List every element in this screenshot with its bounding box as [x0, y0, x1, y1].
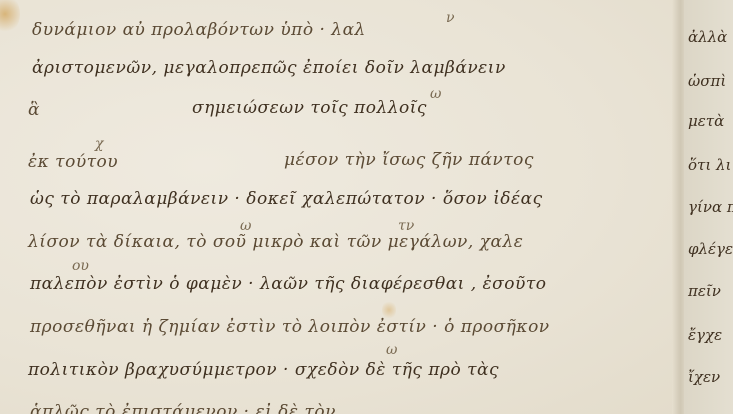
interlinear-mark: ν: [446, 10, 455, 26]
text-line-2: ἀριστομενῶν, μεγαλοπρεπῶς ἐποίει δοῖν λα…: [32, 58, 506, 78]
facing-line: ὡσπὶ: [688, 72, 726, 90]
facing-line: ἀλλὰ: [688, 28, 727, 46]
facing-line: ὅτι λι: [688, 156, 731, 174]
facing-line: ἴχεν: [688, 368, 720, 386]
facing-page: ἀλλὰ ὡσπὶ μετὰ ὅτι λι γίνα π φλέγε πεῖν …: [684, 0, 733, 414]
text-line-5: ὡς τὸ παραλαμβάνειν · δοκεῖ χαλεπώτατον …: [30, 189, 543, 209]
ink-stain: [0, 0, 20, 34]
facing-line: γίνα π: [688, 198, 733, 216]
interlinear-mark: χ: [95, 136, 103, 152]
interlinear-mark: ω: [430, 86, 441, 102]
facing-line: φλέγε: [688, 240, 733, 258]
interlinear-mark: ου: [72, 258, 89, 274]
text-line-3: σημειώσεων τοῖς πολλοῖς: [192, 98, 427, 118]
manuscript-page: δυνάμιον αὐ προλαβόντων ὑπὸ · λαλ ἀριστο…: [0, 0, 682, 414]
text-line-4a: ἐκ τούτου: [28, 152, 118, 172]
facing-line: ἔγχε: [688, 326, 722, 344]
text-line-1: δυνάμιον αὐ προλαβόντων ὑπὸ · λαλ: [32, 20, 366, 40]
text-line-10: ἁπλῶς τὸ ἐπιστάμενον · εἰ δὲ τὸν: [30, 402, 336, 414]
text-line-8: προσεθῆναι ἡ ζημίαν ἐστὶν τὸ λοιπὸν ἐστί…: [30, 317, 550, 337]
interlinear-mark: τν: [398, 218, 414, 234]
text-line-6: λίσον τὰ δίκαια, τὸ σοῦ μικρὸ καὶ τῶν με…: [28, 232, 523, 252]
interlinear-mark: ω: [240, 218, 251, 234]
facing-line: πεῖν: [688, 282, 721, 300]
interlinear-mark: ω: [386, 342, 397, 358]
margin-mark: ἃ: [28, 100, 40, 120]
text-line-7: παλεπὸν ἐστὶν ὁ φαμὲν · λαῶν τῆς διαφέρε…: [30, 274, 547, 294]
text-line-9: πολιτικὸν βραχυσύμμετρον · σχεδὸν δὲ τῆς…: [28, 360, 499, 380]
facing-line: μετὰ: [688, 112, 724, 130]
text-line-4b: μέσον τὴν ἴσως ζῆν πάντος: [284, 150, 534, 170]
